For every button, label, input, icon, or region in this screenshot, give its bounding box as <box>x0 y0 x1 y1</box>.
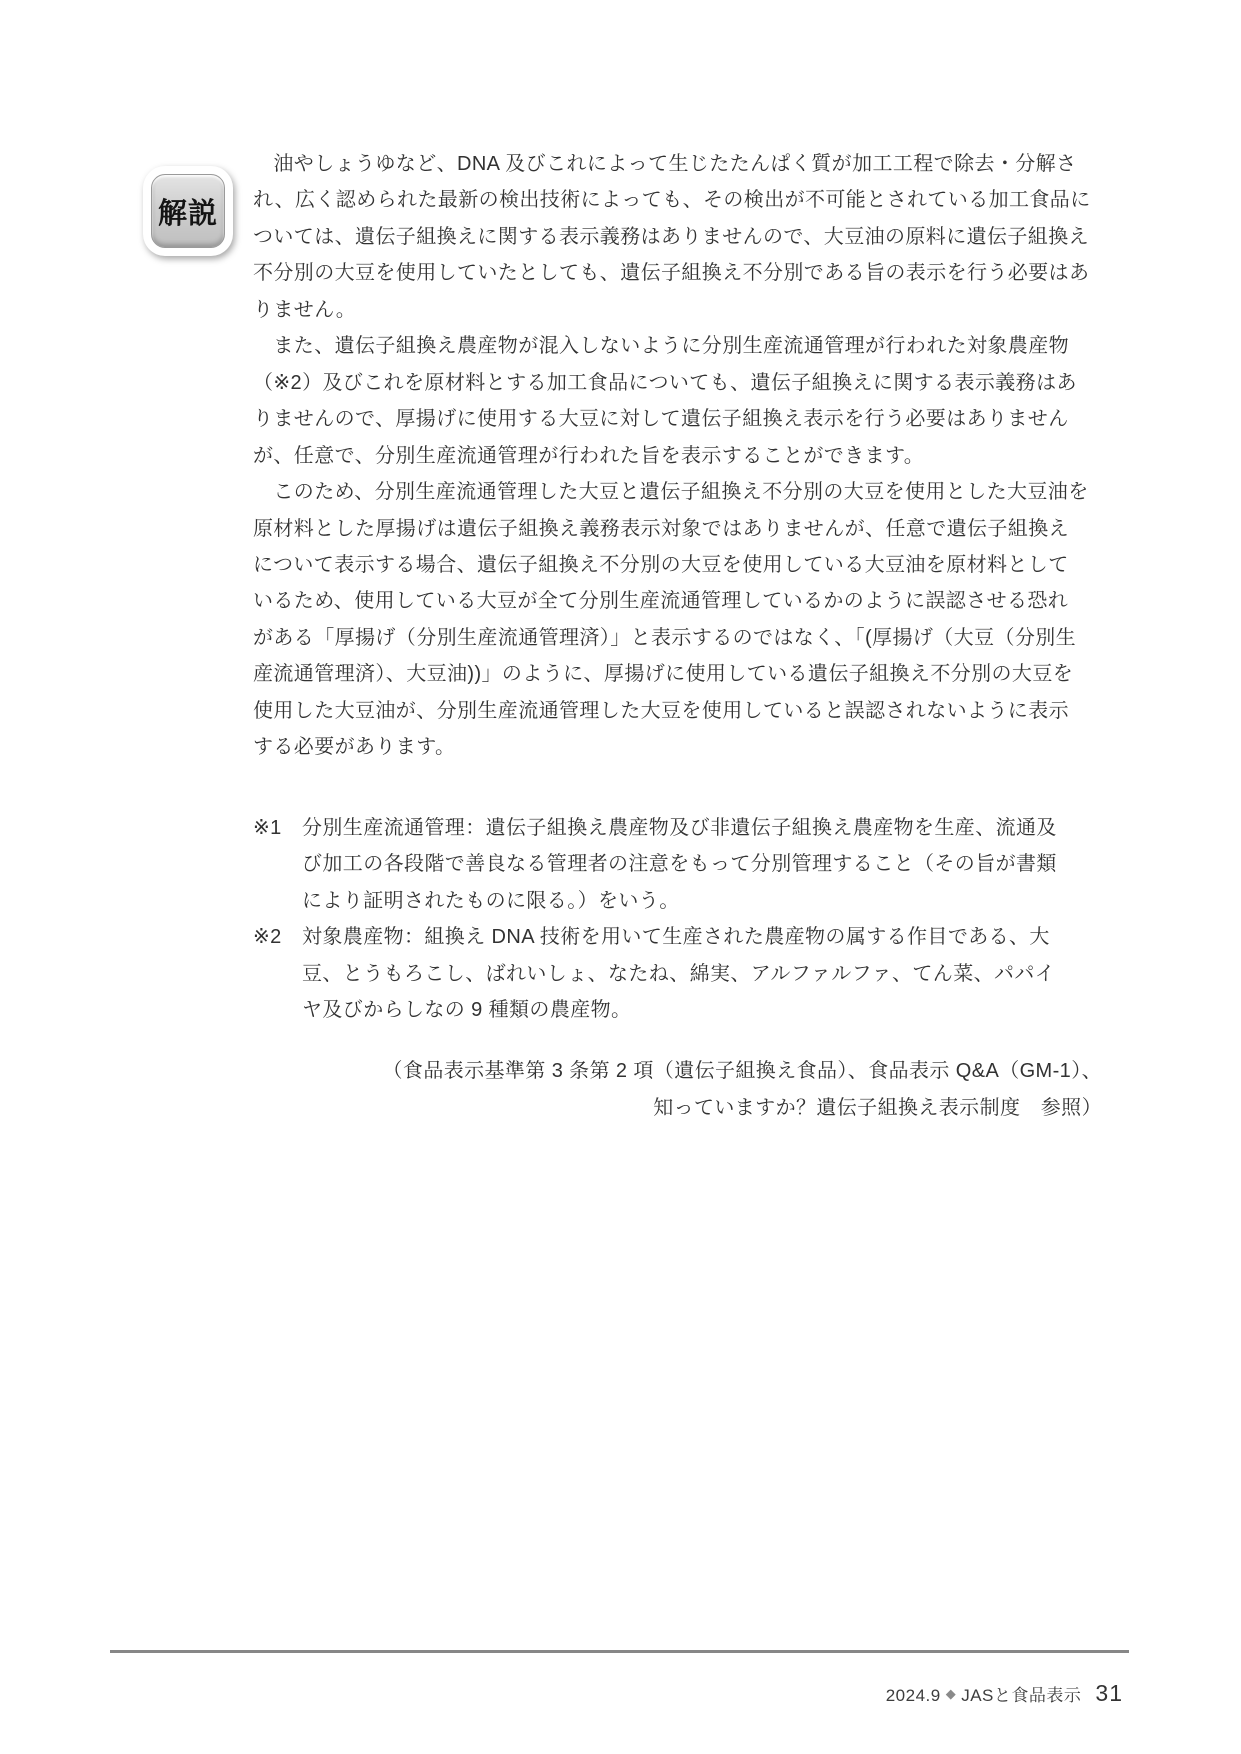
footnote-body: 対象農産物：組換え DNA 技術を用いて生産された農産物の属する作目である、大 … <box>302 919 1133 1028</box>
text-line: 原材料とした厚揚げは遺伝子組換え義務表示対象ではありませんが、任意で遺伝子組換え <box>253 511 1133 547</box>
paragraph-2: また、遺伝子組換え農産物が混入しないように分別生産流通管理が行われた対象農産物 … <box>253 328 1133 474</box>
footnote-marker: ※2 <box>253 919 302 1028</box>
text-line: 豆、とうもろこし、ばれいしょ、なたね、綿実、アルファルファ、てん菜、パパイ <box>302 956 1133 992</box>
diamond-icon: ◆ <box>946 1686 957 1702</box>
footer: 2024.9 ◆ JASと食品表示 31 <box>886 1680 1123 1707</box>
text-line: ヤ及びからしなの 9 種類の農産物。 <box>302 992 1133 1028</box>
footnote-body: 分別生産流通管理：遺伝子組換え農産物及び非遺伝子組換え農産物を生産、流通及 び加… <box>302 810 1133 919</box>
text-line: 対象農産物：組換え DNA 技術を用いて生産された農産物の属する作目である、大 <box>302 919 1133 955</box>
paragraph-1: 油やしょうゆなど、DNA 及びこれによって生じたたんぱく質が加工工程で除去・分解… <box>253 146 1133 328</box>
text-line: 産流通管理済）、大豆油))」のように、厚揚げに使用している遺伝子組換え不分別の大… <box>253 656 1133 692</box>
footnotes: ※1 分別生産流通管理：遺伝子組換え農産物及び非遺伝子組換え農産物を生産、流通及… <box>253 810 1133 1029</box>
text-line: また、遺伝子組換え農産物が混入しないように分別生産流通管理が行われた対象農産物 <box>253 328 1133 364</box>
text-line: び加工の各段階で善良なる管理者の注意をもって分別管理すること（その旨が書類 <box>302 846 1133 882</box>
text-line: りません。 <box>253 292 1133 328</box>
document-page: 解説 油やしょうゆなど、DNA 及びこれによって生じたたんぱく質が加工工程で除去… <box>0 0 1241 1754</box>
text-line: （※2）及びこれを原材料とする加工食品についても、遺伝子組換えに関する表示義務は… <box>253 365 1133 401</box>
text-line: が、任意で、分別生産流通管理が行われた旨を表示することができます。 <box>253 438 1133 474</box>
footer-issue: 2024.9 <box>886 1686 941 1706</box>
footer-page-number: 31 <box>1095 1680 1123 1707</box>
paragraph-3: このため、分別生産流通管理した大豆と遺伝子組換え不分別の大豆を使用とした大豆油を… <box>253 474 1133 766</box>
text-line: 油やしょうゆなど、DNA 及びこれによって生じたたんぱく質が加工工程で除去・分解… <box>253 146 1133 182</box>
footnote-marker: ※1 <box>253 810 302 919</box>
text-line: このため、分別生産流通管理した大豆と遺伝子組換え不分別の大豆を使用とした大豆油を <box>253 474 1133 510</box>
kaisetsu-badge: 解説 <box>143 166 233 256</box>
text-line: れ、広く認められた最新の検出技術によっても、その検出が不可能とされている加工食品… <box>253 182 1133 218</box>
footnote-2: ※2 対象農産物：組換え DNA 技術を用いて生産された農産物の属する作目である… <box>253 919 1133 1028</box>
text-line: により証明されたものに限る。）をいう。 <box>302 883 1133 919</box>
citation: （食品表示基準第 3 条第 2 項（遺伝子組換え食品）、食品表示 Q&A（GM-… <box>253 1053 1102 1127</box>
text-line: 不分別の大豆を使用していたとしても、遺伝子組換え不分別である旨の表示を行う必要は… <box>253 255 1133 291</box>
text-line: りませんので、厚揚げに使用する大豆に対して遺伝子組換え表示を行う必要はありません <box>253 401 1133 437</box>
text-line: 使用した大豆油が、分別生産流通管理した大豆を使用していると誤認されないように表示 <box>253 693 1133 729</box>
text-line: ついては、遺伝子組換えに関する表示義務はありませんので、大豆油の原料に遺伝子組換… <box>253 219 1133 255</box>
text-line: について表示する場合、遺伝子組換え不分別の大豆を使用している大豆油を原材料として <box>253 547 1133 583</box>
footer-journal-title: JASと食品表示 <box>961 1681 1081 1706</box>
footnote-1: ※1 分別生産流通管理：遺伝子組換え農産物及び非遺伝子組換え農産物を生産、流通及… <box>253 810 1133 919</box>
text-line: する必要があります。 <box>253 729 1133 765</box>
text-line: がある「厚揚げ（分別生産流通管理済）」と表示するのではなく、「(厚揚げ（大豆（分… <box>253 620 1133 656</box>
footer-rule <box>110 1650 1129 1653</box>
citation-line: 知っていますか？遺伝子組換え表示制度 参照） <box>253 1090 1102 1127</box>
body-text: 油やしょうゆなど、DNA 及びこれによって生じたたんぱく質が加工工程で除去・分解… <box>253 146 1133 766</box>
citation-line: （食品表示基準第 3 条第 2 項（遺伝子組換え食品）、食品表示 Q&A（GM-… <box>253 1053 1102 1090</box>
text-line: 分別生産流通管理：遺伝子組換え農産物及び非遺伝子組換え農産物を生産、流通及 <box>302 810 1133 846</box>
kaisetsu-badge-label: 解説 <box>151 174 225 248</box>
text-line: いるため、使用している大豆が全て分別生産流通管理しているかのように誤認させる恐れ <box>253 583 1133 619</box>
